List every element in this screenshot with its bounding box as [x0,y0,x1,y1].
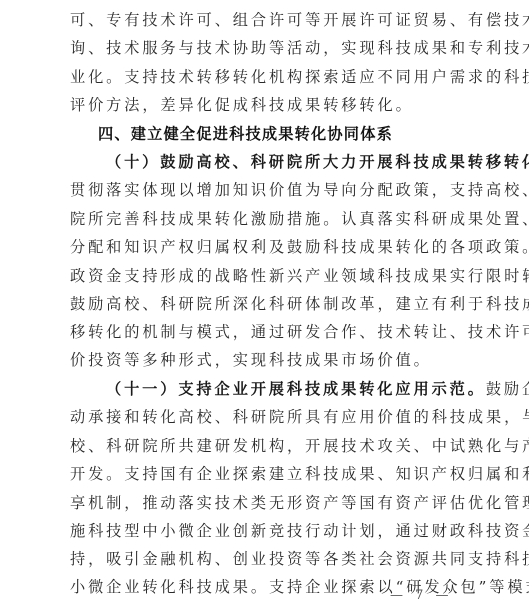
paragraph-line: 询、技术服务与技术协助等活动，实现科技成果和专利技术的产 [70,34,454,62]
paragraph-line: 分配和知识产权归属权利及鼓励科技成果转化的各项政策。由财 [70,233,454,261]
paragraph-line: 享机制，推动落实技术类无形资产等国有资产评估优化管理。实 [70,489,454,517]
paragraph-line: 鼓励高校、科研院所深化科研体制改革，建立有利于科技成果转 [70,290,454,318]
paragraph-line: 开发。支持国有企业探索建立科技成果、知识产权归属和利益分 [70,460,454,488]
paragraph-line: 施科技型中小微企业创新竞技行动计划，通过财政科技资金支 [70,517,454,545]
paragraph-line: 可、专有技术许可、组合许可等开展许可证贸易、有偿技术咨 [70,6,454,34]
section-heading: 四、建立健全促进科技成果转化协同体系 [98,120,446,148]
item-10-title: （十）鼓励高校、科研院所大力开展科技成果转移转化活动。 [106,148,454,176]
paragraph-line: 评价方法，差异化促成科技成果转移转化。 [70,91,454,119]
paragraph-line: 院所完善科技成果转化激励措施。认真落实科研成果处置、收益 [70,205,454,233]
item-11-title-rest: 鼓励企业主 [486,380,529,398]
item-11-title: （十一）支持企业开展科技成果转化应用示范。 [106,380,486,398]
paragraph-line: 业化。支持技术转移转化机构探索适应不同用户需求的科技成果 [70,63,454,91]
page-number: — 7 — [390,588,453,602]
paragraph-line: 价投资等多种形式，实现科技成果市场价值。 [70,346,454,374]
document-page: 可、专有技术许可、组合许可等开展许可证贸易、有偿技术咨 询、技术服务与技术协助等… [0,0,529,602]
paragraph-line: 持，吸引金融机构、创业投资等各类社会资源共同支持科技型中 [70,545,454,573]
item-11-title-line: （十一）支持企业开展科技成果转化应用示范。鼓励企业主 [106,375,454,403]
paragraph-line: 移转化的机制与模式，通过研发合作、技术转让、技术许可、作 [70,318,454,346]
paragraph-line: 政资金支持形成的战略性新兴产业领域科技成果实行限时转化。 [70,262,454,290]
paragraph-line: 贯彻落实体现以增加知识价值为导向分配政策，支持高校、科研 [70,176,454,204]
paragraph-line: 校、科研院所共建研发机构，开展技术攻关、中试熟化与产业化 [70,432,454,460]
paragraph-line: 动承接和转化高校、科研院所具有应用价值的科技成果，与高 [70,403,454,431]
